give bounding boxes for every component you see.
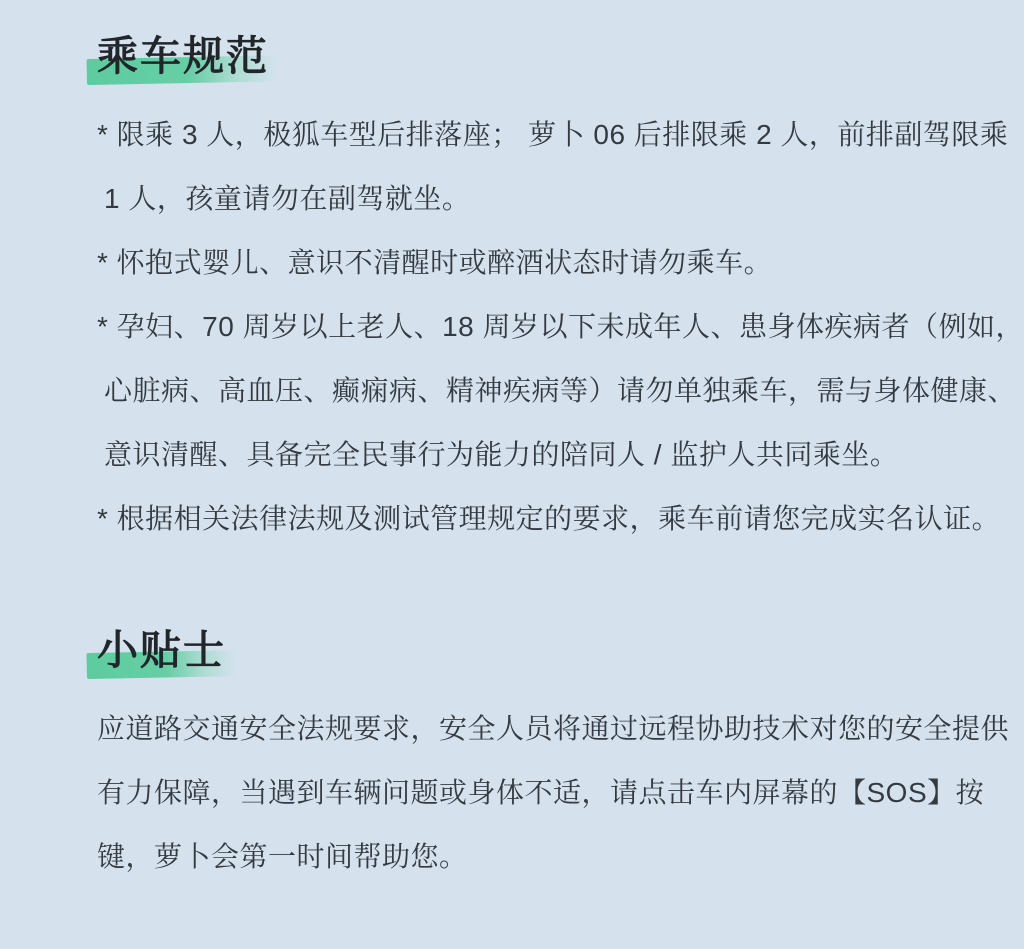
ride-rules-list: * 限乘 3 人，极狐车型后排落座； 萝卜 06 后排限乘 2 人，前排副驾限乘… <box>97 103 1024 551</box>
rule-text-line: * 孕妇、70 周岁以上老人、18 周岁以下未成年人、患身体疾病者（例如， <box>97 295 1024 359</box>
tips-paragraph: 应道路交通安全法规要求，安全人员将通过远程协助技术对您的安全提供 有力保障，当遇… <box>97 697 1024 889</box>
rule-text-line: * 根据相关法律法规及测试管理规定的要求，乘车前请您完成实名认证。 <box>97 487 1024 551</box>
rule-text-line: * 限乘 3 人，极狐车型后排落座； 萝卜 06 后排限乘 2 人，前排副驾限乘 <box>97 103 1024 167</box>
ride-rules-heading: 乘车规范 <box>97 36 269 76</box>
ride-rules-heading-text: 乘车规范 <box>97 33 269 79</box>
ride-info-page: 乘车规范 * 限乘 3 人，极狐车型后排落座； 萝卜 06 后排限乘 2 人，前… <box>0 0 1024 889</box>
rule-text-line: 心脏病、高血压、癫痫病、精神疾病等）请勿单独乘车，需与身体健康、 <box>97 359 1024 423</box>
tip-text-line: 应道路交通安全法规要求，安全人员将通过远程协助技术对您的安全提供 <box>97 697 1024 761</box>
rule-text-line: 意识清醒、具备完全民事行为能力的陪同人 / 监护人共同乘坐。 <box>97 423 1024 487</box>
rule-text-line: 1 人，孩童请勿在副驾就坐。 <box>97 167 1024 231</box>
rule-text-line: * 怀抱式婴儿、意识不清醒时或醉酒状态时请勿乘车。 <box>97 231 1024 295</box>
tip-text-line: 有力保障，当遇到车辆问题或身体不适，请点击车内屏幕的【SOS】按 <box>97 761 1024 825</box>
tips-heading: 小贴士 <box>97 630 226 670</box>
tips-heading-text: 小贴士 <box>97 627 226 673</box>
section-ride-rules: 乘车规范 * 限乘 3 人，极狐车型后排落座； 萝卜 06 后排限乘 2 人，前… <box>97 36 1024 551</box>
section-tips: 小贴士 应道路交通安全法规要求，安全人员将通过远程协助技术对您的安全提供 有力保… <box>97 630 1024 889</box>
tip-text-line: 键，萝卜会第一时间帮助您。 <box>97 825 1024 889</box>
